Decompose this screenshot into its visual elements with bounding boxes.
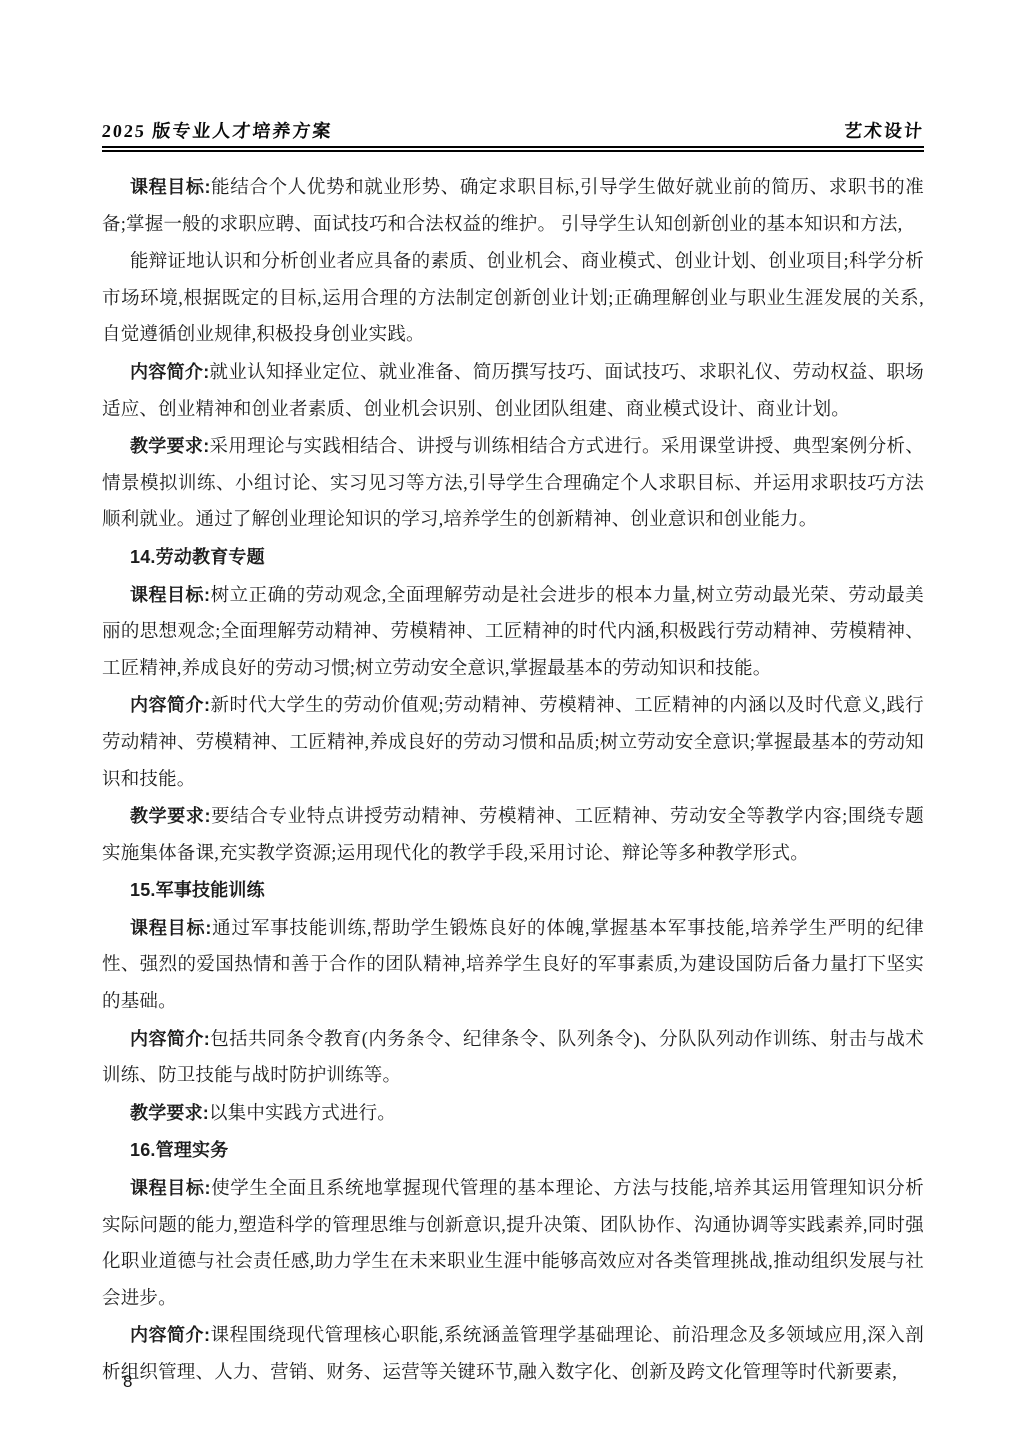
- section-heading-label: 16.管理实务: [130, 1140, 228, 1160]
- paragraph-course-goal-management: 课程目标:使学生全面且系统地掌握现代管理的基本理论、方法与技能,培养其运用管理知…: [102, 1170, 924, 1317]
- document-page: 2025 版专业人才培养方案 艺术设计 课程目标:能结合个人优势和就业形势、确定…: [0, 0, 1024, 1448]
- header-left-title: 2025 版专业人才培养方案: [101, 117, 333, 143]
- page-header: 2025 版专业人才培养方案 艺术设计: [102, 116, 924, 152]
- page-body: 课程目标:能结合个人优势和就业形势、确定求职目标,引导学生做好就业前的简历、求职…: [102, 169, 924, 1392]
- paragraph-text: 能辩证地认识和分析创业者应具备的素质、创业机会、商业模式、创业计划、创业项目;科…: [102, 252, 924, 345]
- paragraph-text: 新时代大学生的劳动价值观;劳动精神、劳模精神、工匠精神的内涵以及时代意义,践行劳…: [102, 696, 924, 789]
- paragraph-text: 要结合专业特点讲授劳动精神、劳模精神、工匠精神、劳动安全等教学内容;围绕专题实施…: [102, 807, 924, 864]
- paragraph-text: 采用理论与实践相结合、讲授与训练相结合方式进行。采用课堂讲授、典型案例分析、情景…: [102, 437, 924, 530]
- paragraph-label: 课程目标:: [130, 918, 212, 938]
- paragraph-course-goal-career: 课程目标:能结合个人优势和就业形势、确定求职目标,引导学生做好就业前的简历、求职…: [102, 169, 924, 243]
- page-footer: 8: [123, 1372, 132, 1392]
- paragraph-label: 课程目标:: [130, 585, 210, 605]
- paragraph-course-goal-military: 课程目标:通过军事技能训练,帮助学生锻炼良好的体魄,掌握基本军事技能,培养学生严…: [102, 910, 924, 1021]
- section-heading-16-management-practice: 16.管理实务: [102, 1132, 924, 1170]
- paragraph-content-intro-military: 内容简介:包括共同条令教育(内务条令、纪律条令、队列条令)、分队队列动作训练、射…: [102, 1021, 924, 1095]
- paragraph-text: 就业认知择业定位、就业准备、简历撰写技巧、面试技巧、求职礼仪、劳动权益、职场适应…: [102, 363, 924, 420]
- paragraph-label: 教学要求:: [130, 806, 211, 826]
- section-heading-14-labor-education: 14.劳动教育专题: [102, 539, 924, 577]
- paragraph-text: 以集中实践方式进行。: [209, 1104, 396, 1124]
- paragraph-text: 使学生全面且系统地掌握现代管理的基本理论、方法与技能,培养其运用管理知识分析实际…: [102, 1179, 924, 1309]
- page-number: 8: [123, 1372, 132, 1391]
- paragraph-label: 内容简介:: [130, 1029, 210, 1049]
- paragraph-label: 内容简介:: [130, 1325, 210, 1345]
- paragraph-text: 能结合个人优势和就业形势、确定求职目标,引导学生做好就业前的简历、求职书的准备;…: [102, 178, 924, 235]
- paragraph-teaching-req-career: 教学要求:采用理论与实践相结合、讲授与训练相结合方式进行。采用课堂讲授、典型案例…: [102, 428, 924, 539]
- paragraph-label: 内容简介:: [130, 362, 209, 382]
- section-heading-label: 15.军事技能训练: [130, 880, 265, 900]
- paragraph-label: 课程目标:: [130, 1178, 211, 1198]
- paragraph-label: 教学要求:: [130, 1103, 209, 1123]
- paragraph-course-goal-labor: 课程目标:树立正确的劳动观念,全面理解劳动是社会进步的根本力量,树立劳动最光荣、…: [102, 577, 924, 688]
- paragraph-text: 通过军事技能训练,帮助学生锻炼良好的体魄,掌握基本军事技能,培养学生严明的纪律性…: [102, 919, 924, 1012]
- paragraph-text: 课程围绕现代管理核心职能,系统涵盖管理学基础理论、前沿理念及多领域应用,深入剖析…: [102, 1326, 924, 1383]
- paragraph-course-goal-career-cont: 能辩证地认识和分析创业者应具备的素质、创业机会、商业模式、创业计划、创业项目;科…: [102, 243, 924, 354]
- paragraph-text: 包括共同条令教育(内务条令、纪律条令、队列条令)、分队队列动作训练、射击与战术训…: [102, 1030, 924, 1087]
- header-right-title: 艺术设计: [843, 117, 925, 143]
- paragraph-teaching-req-labor: 教学要求:要结合专业特点讲授劳动精神、劳模精神、工匠精神、劳动安全等教学内容;围…: [102, 798, 924, 872]
- paragraph-content-intro-career: 内容简介:就业认知择业定位、就业准备、简历撰写技巧、面试技巧、求职礼仪、劳动权益…: [102, 354, 924, 428]
- paragraph-teaching-req-military: 教学要求:以集中实践方式进行。: [102, 1095, 924, 1133]
- section-heading-15-military-training: 15.军事技能训练: [102, 872, 924, 910]
- paragraph-content-intro-management: 内容简介:课程围绕现代管理核心职能,系统涵盖管理学基础理论、前沿理念及多领域应用…: [102, 1317, 924, 1391]
- paragraph-content-intro-labor: 内容简介:新时代大学生的劳动价值观;劳动精神、劳模精神、工匠精神的内涵以及时代意…: [102, 687, 924, 798]
- paragraph-label: 课程目标:: [130, 177, 211, 197]
- paragraph-text: 树立正确的劳动观念,全面理解劳动是社会进步的根本力量,树立劳动最光荣、劳动最美丽…: [102, 586, 924, 679]
- paragraph-label: 教学要求:: [130, 436, 209, 456]
- paragraph-label: 内容简介:: [130, 695, 210, 715]
- section-heading-label: 14.劳动教育专题: [130, 547, 265, 567]
